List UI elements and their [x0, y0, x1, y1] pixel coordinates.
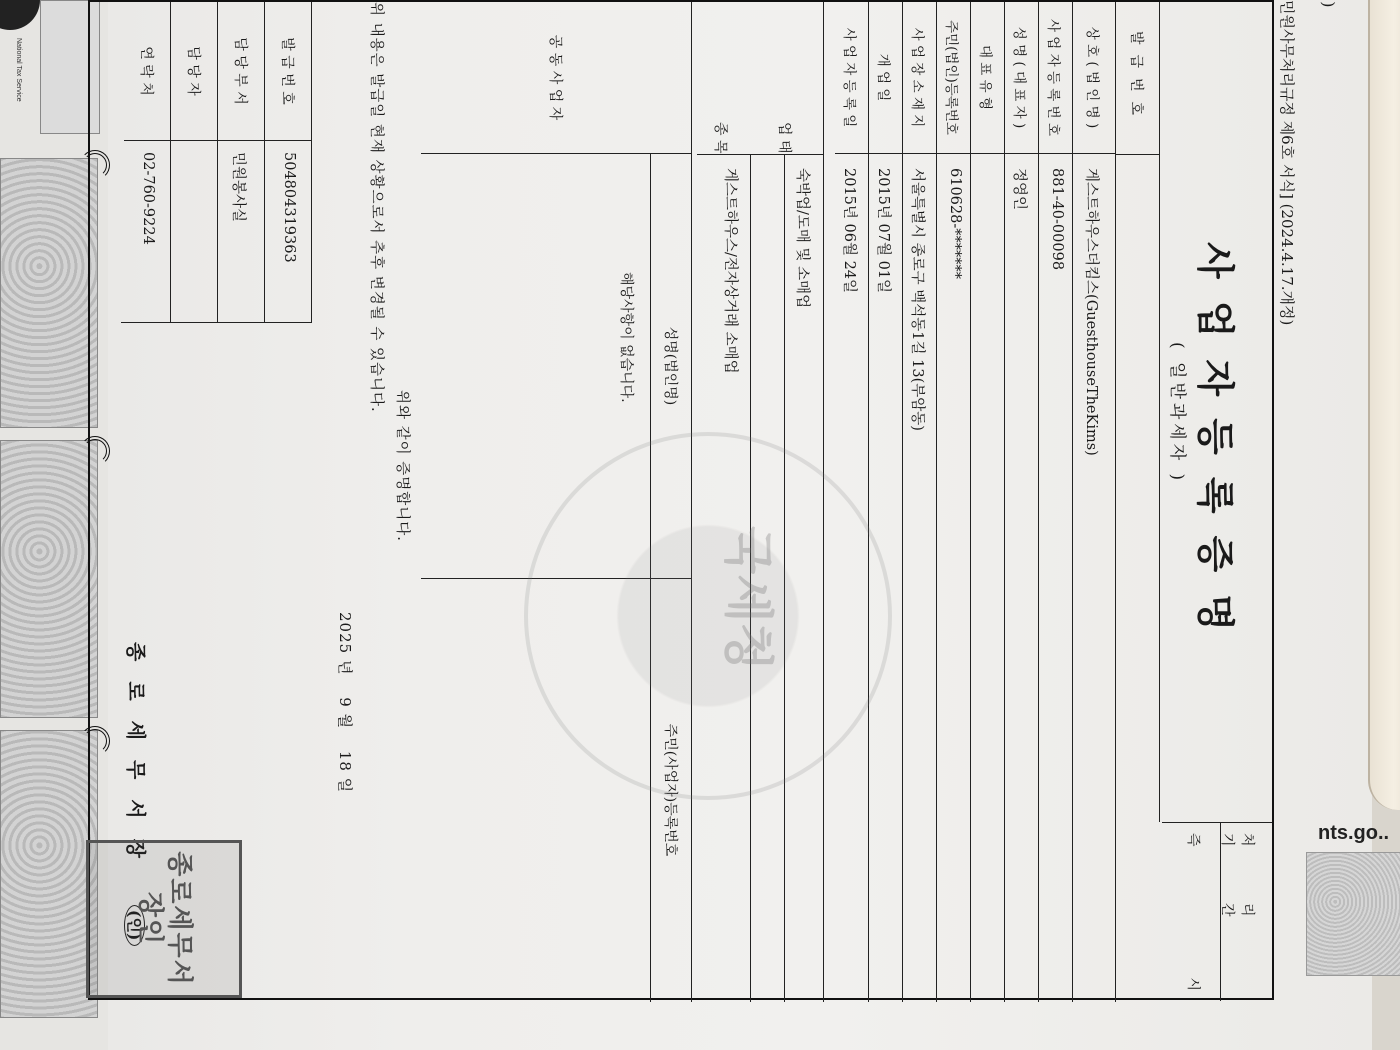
nts-watermark: 국세청 [524, 432, 892, 800]
business-type-label: 업 태 [775, 122, 795, 154]
contact-row: 발 급 번 호 5048043193​63 [264, 2, 311, 322]
security-pattern-tile [0, 440, 98, 718]
processing-period-box: 처 리 기 간 즉 시 [1162, 822, 1272, 1001]
contact-row: 담 당 자 [170, 2, 217, 322]
document-photo: 국세청 National Tax Service 1 ) 민원사무처리규정 제6… [0, 0, 1372, 1050]
business-item-value: 게스트하우스/전자상거래 소매업 [721, 168, 742, 374]
contact-row: 연 락 처 02-760-9224 [124, 2, 170, 322]
official-seal: 종로세무서장인 [86, 840, 242, 998]
security-pattern-tile [0, 158, 98, 428]
business-item-label: 종 목 [711, 122, 731, 154]
issue-number-label: 발급번호 [1115, 2, 1159, 155]
co-owner-label: 공 동 사 업 자 [421, 2, 691, 154]
issue-number-row: 발급번호 741-9620-839 [1115, 2, 1160, 822]
taxpayer-type: ( 일반과세자 ) [1167, 342, 1192, 484]
certification-statement: 위와 같이 증명합니다. [393, 390, 414, 542]
nts-logo-subtext: National Tax Service [15, 38, 22, 102]
security-pattern-tile [0, 730, 98, 1018]
field-row-registration-number: 사 업 자 등 록 번 호 881-40-00098 [1039, 2, 1073, 1002]
device-edge [1368, 0, 1400, 810]
issue-date: 2025 년 9 월 18 일 [335, 612, 356, 809]
field-row-representative: 성 명 ( 대 표 자 ) 정영인 [1005, 2, 1039, 1002]
notice-statement: 위 내용은 발급일 현재 상황으로서 추후 변경될 수 있습니다. [367, 2, 388, 413]
field-row-business-address: 사 업 장 소 재 지 서울특별시 종로구 백석동1길 13(부암동) [903, 2, 937, 1002]
field-row-representative-type: 대 표 유 형 [971, 2, 1005, 1002]
certificate-title: 사업자등록증명 [1191, 242, 1246, 653]
business-registration-certificate: 1 ) 민원사무처리규정 제6호 서식] (2024.4.17.개정) 사업자등… [100, 0, 1300, 1020]
field-row-resident-number: 주민(법인)등록번호 610628-******* [937, 2, 971, 1002]
field-row-opening-date: 개 업 일 2015년 07월 01일 [869, 2, 903, 1002]
processing-period-label: 처 리 기 간 [1220, 823, 1272, 1001]
registration-fields: 상 호 ( 법 인 명 ) 게스트하우스더킴스(GuesthouseTheKim… [835, 2, 1116, 1002]
form-number: 1 ) 민원사무처리규정 제6호 서식] (2024.4.17.개정) [1277, 0, 1298, 325]
co-owner-none-message: 해당사항이 없습니다. [617, 272, 637, 403]
nts-emblem-icon [0, 0, 40, 30]
security-pattern-tile [1306, 852, 1400, 976]
certificate-frame: 사업자등록증명 ( 일반과세자 ) 처 리 기 간 즉 시 발급번호 741-9… [88, 0, 1274, 1000]
nts-url: nts.go.. [1318, 822, 1389, 845]
field-row-business-name: 상 호 ( 법 인 명 ) 게스트하우스더킴스(GuesthouseTheKim… [1073, 2, 1116, 1002]
processing-period-value: 즉 시 [1162, 823, 1220, 1001]
issuer-contact-table: 발 급 번 호 5048043193​63 담 당 부 서 민원봉사실 담 당 … [121, 2, 312, 323]
business-type-value: 숙박업/도매 및 소매업 [793, 168, 814, 308]
contact-row: 담 당 부 서 민원봉사실 [217, 2, 264, 322]
